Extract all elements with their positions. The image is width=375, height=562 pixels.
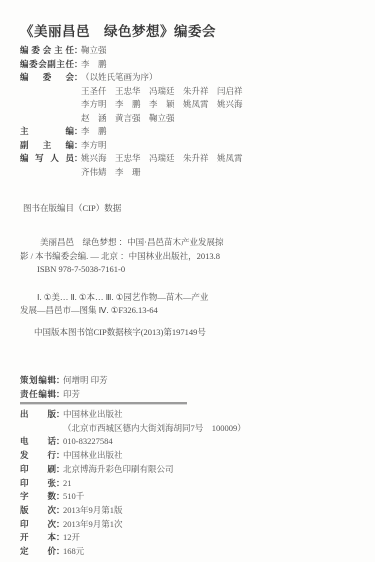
colon: ： — [74, 139, 81, 153]
board-row-value: （以姓氏笔画为序） — [81, 72, 158, 82]
publisher-address: （北京市西城区德内大街刘海胡同7号 100009） — [63, 422, 246, 436]
cip-description-line: 美丽昌邑 绿色梦想 ：中国·昌邑苗木产业发展掠 — [20, 236, 223, 250]
cip-record-number: 中国版本图书馆CIP数据核字(2013)第197149号 — [20, 326, 223, 340]
colon: ： — [56, 449, 63, 463]
publication-row-label: 印次 — [20, 518, 56, 532]
editor-row-label: 责任编辑 — [20, 387, 56, 401]
board-row-value: 鞠立强 — [81, 45, 107, 55]
publication-row-label: 字数 — [20, 490, 56, 504]
page-title: 《美丽昌邑 绿色梦想》编委会 — [20, 20, 216, 40]
colon: ： — [74, 58, 81, 72]
publication-row-value: 北京博海升彩色印刷有限公司 — [63, 464, 174, 474]
editor-row: 策划编辑：何增明 印芳 — [20, 373, 108, 387]
publication-row-label: 出版 — [20, 408, 56, 422]
editors-section: 策划编辑：何增明 印芳 责任编辑：印芳 — [20, 373, 108, 401]
publication-row-label: 开本 — [20, 531, 56, 545]
publication-row-value: 2013年9月第1次 — [63, 519, 123, 529]
publication-row-label: 电话 — [20, 435, 56, 449]
colon: ： — [74, 152, 81, 166]
board-row-value: 李方明 — [81, 140, 107, 150]
colon: ： — [74, 71, 81, 85]
colophon-page: 《美丽昌邑 绿色梦想》编委会 编委会主任：鞠立强 编委会副主任：李 鹏 编委会：… — [0, 0, 375, 562]
isbn: ISBN 978-7-5038-7161-0 — [20, 263, 223, 277]
publication-row-value: 2013年9月第1版 — [63, 505, 123, 515]
editor-row: 责任编辑：印芳 — [20, 387, 108, 401]
colon: ： — [56, 387, 63, 401]
publication-row-label: 版次 — [20, 504, 56, 518]
colon: ： — [56, 408, 63, 422]
publication-row-value: 168元 — [63, 546, 84, 556]
board-row-value: 李 鹏 — [81, 59, 107, 69]
colon: ： — [74, 125, 81, 139]
colon: ： — [56, 518, 63, 532]
board-row-label: 编委会副主任 — [20, 58, 74, 72]
cip-classification-line: Ⅰ. ①美… Ⅱ. ①本… Ⅲ. ①园艺作物—苗木—产业 — [20, 291, 223, 305]
editorial-board-section: 编委会主任：鞠立强 编委会副主任：李 鹏 编委会：（以姓氏笔画为序） 王圣仟 王… — [20, 44, 243, 179]
editor-row-value: 何增明 印芳 — [63, 375, 108, 385]
publication-row-label: 印刷 — [20, 463, 56, 477]
board-row-label: 副主编 — [20, 139, 74, 153]
publication-row: 印次：2013年9月第1次 — [20, 518, 246, 532]
publication-row: 版次：2013年9月第1版 — [20, 504, 246, 518]
colon: ： — [56, 490, 63, 504]
publication-row: 开本：12开 — [20, 531, 246, 545]
publication-row-value: 12开 — [63, 532, 80, 542]
board-member-line: 王圣仟 王忠华 冯瑞廷 朱升祥 闫启祥 — [81, 85, 243, 99]
publication-row: 印刷：北京博海升彩色印刷有限公司 — [20, 463, 246, 477]
board-row-label: 主编 — [20, 125, 74, 139]
editor-row-value: 印芳 — [63, 389, 80, 399]
publication-row-value: 中国林业出版社 — [63, 409, 123, 419]
board-row: 编委会副主任：李 鹏 — [20, 58, 243, 72]
board-member-line: 李方明 李 鹏 李 颖 姚凤霄 姚兴海 — [81, 98, 243, 112]
publication-row: 印张：21 — [20, 477, 246, 491]
publication-row-label: 定价 — [20, 545, 56, 559]
publication-row-value: 510千 — [63, 491, 84, 501]
colon: ： — [74, 44, 81, 58]
publication-row: 定价：168元 — [20, 545, 246, 559]
publication-section: 出版：中国林业出版社 （北京市西城区德内大街刘海胡同7号 100009） 电话：… — [20, 408, 246, 559]
publication-row-value: 21 — [63, 478, 72, 488]
board-row: 编写人员：姚兴海 王忠华 冯瑞廷 朱升祥 姚凤霄 — [20, 152, 243, 166]
publication-row: 出版：中国林业出版社 — [20, 408, 246, 422]
cip-heading: 图书在版编目（CIP）数据 — [23, 202, 121, 214]
colon: ： — [56, 477, 63, 491]
cip-section: 美丽昌邑 绿色梦想 ：中国·昌邑苗木产业发展掠 影 / 本书编委会编. — 北京… — [20, 236, 223, 339]
colon: ： — [56, 373, 63, 387]
board-row-value: 姚兴海 王忠华 冯瑞廷 朱升祥 姚凤霄 — [81, 153, 243, 163]
board-row: 主编：李 鹏 — [20, 125, 243, 139]
publication-row: 发行：中国林业出版社 — [20, 449, 246, 463]
board-row: 编委会：（以姓氏笔画为序） — [20, 71, 243, 85]
board-writer-line: 齐伟婧 李 珊 — [81, 166, 243, 180]
board-row-label: 编写人员 — [20, 152, 74, 166]
colon: ： — [56, 545, 63, 559]
cip-description-line: 影 / 本书编委会编. — 北京 ：中国林业出版社，2013.8 — [20, 250, 223, 264]
editor-row-label: 策划编辑 — [20, 373, 56, 387]
cip-classification-line: 发展—昌邑市—图集 Ⅳ. ①F326.13-64 — [20, 304, 223, 318]
publication-row-label: 发行 — [20, 449, 56, 463]
colon: ： — [56, 463, 63, 477]
colon: ： — [56, 531, 63, 545]
colon: ： — [56, 504, 63, 518]
board-row: 副主编：李方明 — [20, 139, 243, 153]
publication-row: 字数：510千 — [20, 490, 246, 504]
publication-row-label: 印张 — [20, 477, 56, 491]
divider-rule — [20, 402, 187, 405]
publication-row-value: 010-83227584 — [63, 436, 113, 446]
board-member-line: 赵 涵 黄言强 鞠立强 — [81, 112, 243, 126]
publication-row-value: 中国林业出版社 — [63, 450, 123, 460]
publication-row: 电话：010-83227584 — [20, 435, 246, 449]
board-row-label: 编委会 — [20, 71, 74, 85]
board-row: 编委会主任：鞠立强 — [20, 44, 243, 58]
board-row-value: 李 鹏 — [81, 126, 107, 136]
colon: ： — [56, 435, 63, 449]
board-row-label: 编委会主任 — [20, 44, 74, 58]
